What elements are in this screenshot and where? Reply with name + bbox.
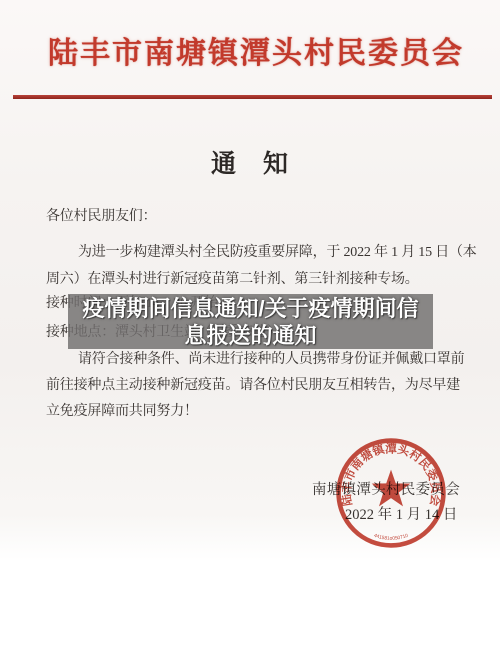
paragraph2-line1: 请符合接种条件、尚未进行接种的人员携带身份证并佩戴口罩前	[78, 348, 464, 368]
official-seal-stamp-icon: 陆丰市南塘镇潭头村民委员会 4415810050710	[334, 436, 448, 550]
svg-text:4415810050710: 4415810050710	[373, 533, 409, 542]
notice-photo: 陆丰市南塘镇潭头村民委员会 通 知 各位村民朋友们： 为进一步构建潭头村全民防疫…	[0, 0, 500, 659]
seal-code-text: 4415810050710	[373, 533, 409, 542]
greeting-line: 各位村民朋友们：	[46, 205, 156, 225]
paragraph1-line1: 为进一步构建潭头村全民防疫重要屏障，于 2022 年 1 月 15 日（本	[78, 241, 477, 261]
committee-header-title: 陆丰市南塘镇潭头村民委员会	[0, 28, 500, 72]
paragraph1-line2: 周六）在潭头村进行新冠疫苗第二针剂、第三针剂接种专场。	[46, 268, 419, 288]
paragraph2-line2: 前往接种点主动接种新冠疫苗。请各位村民朋友互相转告，为尽早建	[46, 374, 460, 394]
caption-line-2: 息报送的通知	[184, 322, 316, 349]
caption-line-1: 疫情期间信息通知/关于疫情期间信	[82, 295, 418, 322]
paragraph2-line3: 立免疫屏障而共同努力！	[46, 400, 198, 420]
seal-star-icon	[372, 470, 411, 507]
header-divider	[13, 95, 492, 99]
caption-overlay-band: 疫情期间信息通知/关于疫情期间信 息报送的通知	[68, 294, 433, 349]
notice-title: 通 知	[0, 144, 500, 180]
